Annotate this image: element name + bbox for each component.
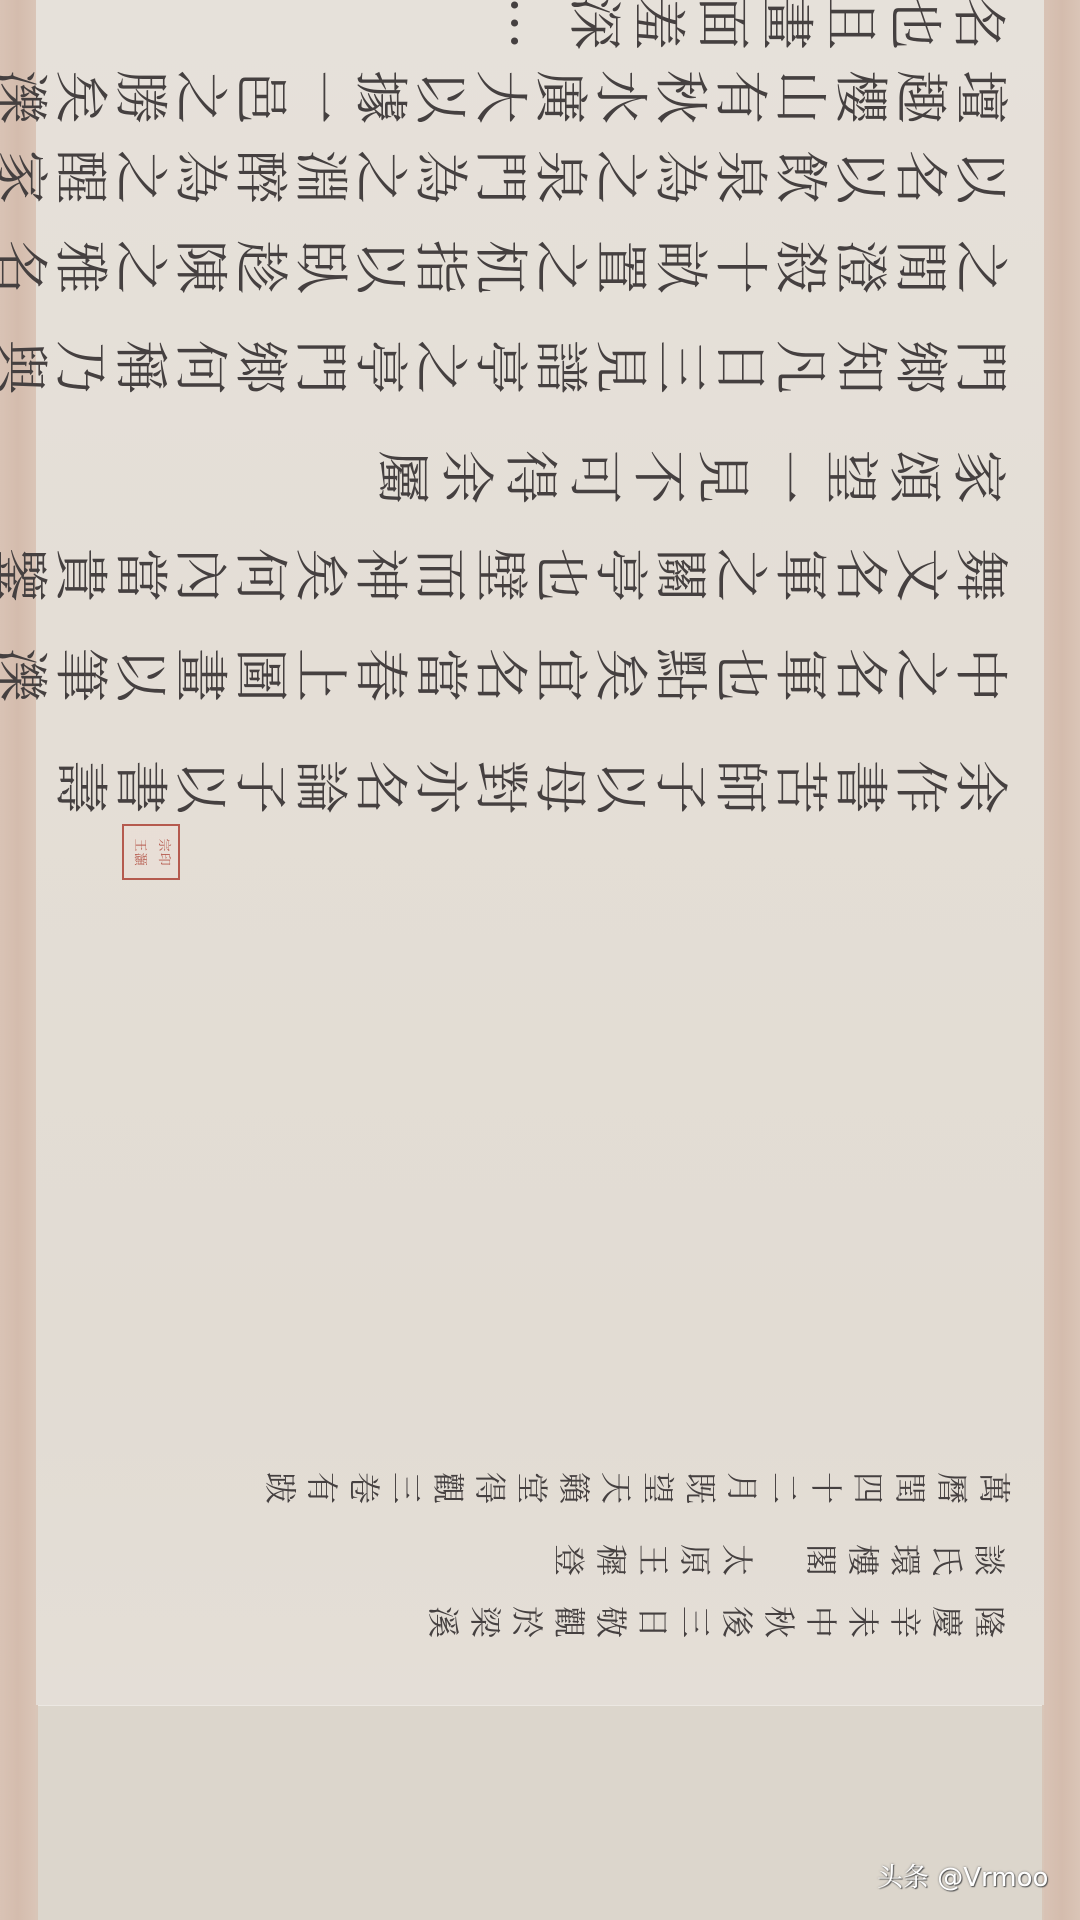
calligraphy-character: 辛 xyxy=(889,1605,921,1639)
calligraphy-character: 得 xyxy=(474,1471,506,1505)
calligraphy-character: 余 xyxy=(439,448,493,506)
calligraphy-character: 對 xyxy=(473,760,527,814)
calligraphy-character: 環 xyxy=(889,1543,921,1577)
calligraphy-character: 筆 xyxy=(53,648,107,702)
calligraphy-character: 於 xyxy=(511,1605,543,1639)
calligraphy-character: 知 xyxy=(833,340,887,394)
calligraphy-character: 登 xyxy=(553,1543,585,1577)
colophon-inscription: 談氏環樓閣 太原王穉登 xyxy=(420,1538,1010,1582)
calligraphy-character: 余 xyxy=(953,760,1007,814)
calligraphy-character: 以 xyxy=(833,150,887,204)
calligraphy-character: 勝 xyxy=(113,70,167,124)
calligraphy-character: 見 xyxy=(695,448,749,506)
calligraphy-character: … xyxy=(503,0,557,52)
calligraphy-character: 梁 xyxy=(469,1605,501,1639)
calligraphy-character: 二 xyxy=(768,1471,800,1505)
calligraphy-character: 臥 xyxy=(293,240,347,294)
calligraphy-character: 乃 xyxy=(53,340,107,394)
calligraphy-character: 之 xyxy=(713,548,767,602)
calligraphy-character: 日 xyxy=(637,1605,669,1639)
calligraphy-character: 門 xyxy=(293,340,347,394)
calligraphy-character: 以 xyxy=(113,648,167,702)
calligraphy-character: 畫 xyxy=(759,0,813,52)
calligraphy-line: 之閒澄殺十畝置之杌指以臥趁陳之雅名 xyxy=(60,232,1010,302)
calligraphy-character: 羞 xyxy=(631,0,685,52)
calligraphy-character: 畫 xyxy=(173,648,227,702)
calligraphy-character: 指 xyxy=(413,240,467,294)
calligraphy-character: 濼 xyxy=(0,648,47,702)
calligraphy-character: 鑒 xyxy=(0,548,47,602)
calligraphy-character: 王 xyxy=(637,1543,669,1577)
calligraphy-character: 見 xyxy=(593,340,647,394)
calligraphy-line: 門鄉知凡日三見譜亭之亭門鄉何稱乃與 xyxy=(60,332,1010,402)
calligraphy-character: 三 xyxy=(390,1471,422,1505)
calligraphy-character: 曆 xyxy=(936,1471,968,1505)
calligraphy-character: 當 xyxy=(113,548,167,602)
calligraphy-character: 閏 xyxy=(894,1471,926,1505)
scroll-mount-right xyxy=(1044,0,1080,1920)
calligraphy-character: 敬 xyxy=(595,1605,627,1639)
calligraphy-character: 以 xyxy=(353,240,407,294)
calligraphy-character: 日 xyxy=(713,340,767,394)
calligraphy-character: 為 xyxy=(653,150,707,204)
calligraphy-character: 穉 xyxy=(595,1543,627,1577)
calligraphy-character: 隆 xyxy=(973,1605,1005,1639)
calligraphy-character: 杌 xyxy=(473,240,527,294)
calligraphy-character: 原 xyxy=(679,1543,711,1577)
calligraphy-character: 月 xyxy=(726,1471,758,1505)
calligraphy-character: 名 xyxy=(951,0,1005,52)
calligraphy-character: 鄉 xyxy=(893,340,947,394)
seal-character: 灝 xyxy=(132,847,146,871)
calligraphy-character: 壁 xyxy=(473,548,527,602)
calligraphy-character: 泉 xyxy=(533,150,587,204)
calligraphy-character: 點 xyxy=(653,648,707,702)
calligraphy-character: 醒 xyxy=(53,150,107,204)
calligraphy-character: 有 xyxy=(306,1471,338,1505)
calligraphy-character: 十 xyxy=(713,240,767,294)
calligraphy-character: 之 xyxy=(953,240,1007,294)
calligraphy-character: 子 xyxy=(233,760,287,814)
calligraphy-character: 觀 xyxy=(432,1471,464,1505)
calligraphy-character: 跋 xyxy=(264,1471,296,1505)
calligraphy-character: 飲 xyxy=(773,150,827,204)
calligraphy-line: 家頌望一見不可得余屬 xyxy=(60,442,1010,512)
calligraphy-character: 濼 xyxy=(0,70,47,124)
colophon-inscription: 萬曆閏四十二月既望天籟堂得觀三卷有跋 xyxy=(80,1466,1015,1510)
calligraphy-character: 以 xyxy=(413,70,467,124)
calligraphy-character: 水 xyxy=(593,70,647,124)
calligraphy-character: 名 xyxy=(0,240,47,294)
calligraphy-character: 之 xyxy=(113,150,167,204)
calligraphy-character: 上 xyxy=(293,648,347,702)
calligraphy-character: 樓 xyxy=(847,1543,879,1577)
calligraphy-character: 中 xyxy=(953,648,1007,702)
calligraphy-line: 壇趣櫻山有秋水廣大以據一邑之勝矣濼山 xyxy=(60,62,1010,132)
calligraphy-character: 趣 xyxy=(893,70,947,124)
calligraphy-line: 中之名軍也點矣宜名當春上圖畫以筆濼淺此鼓 xyxy=(50,640,1010,710)
calligraphy-character: 家 xyxy=(0,150,47,204)
calligraphy-character: 一 xyxy=(293,70,347,124)
seal-character: 印 xyxy=(156,847,170,871)
calligraphy-character: 溪 xyxy=(427,1605,459,1639)
calligraphy-character: 慶 xyxy=(931,1605,963,1639)
calligraphy-character: 閒 xyxy=(893,240,947,294)
calligraphy-character: 名 xyxy=(833,648,887,702)
calligraphy-character: 家 xyxy=(951,448,1005,506)
calligraphy-character: 矣 xyxy=(293,548,347,602)
calligraphy-character: 為 xyxy=(413,150,467,204)
calligraphy-character: 矣 xyxy=(593,648,647,702)
calligraphy-character: 書 xyxy=(113,760,167,814)
calligraphy-character: 鄉 xyxy=(233,340,287,394)
calligraphy-line: 舞文名軍之關亭也壁而神矣何內當貴鑒 xyxy=(60,540,1010,610)
calligraphy-character: 秋 xyxy=(653,70,707,124)
calligraphy-character: 閣 xyxy=(805,1543,837,1577)
calligraphy-character: 亭 xyxy=(593,548,647,602)
calligraphy-character: 也 xyxy=(713,648,767,702)
calligraphy-character: 醉 xyxy=(233,150,287,204)
calligraphy-character: 之 xyxy=(113,240,167,294)
calligraphy-character: 四 xyxy=(852,1471,884,1505)
calligraphy-character: 壽 xyxy=(53,760,107,814)
calligraphy-character: 書 xyxy=(833,760,887,814)
calligraphy-character: 也 xyxy=(887,0,941,52)
calligraphy-character: 之 xyxy=(413,340,467,394)
calligraphy-character: 軍 xyxy=(773,548,827,602)
calligraphy-character: 春 xyxy=(353,648,407,702)
calligraphy-line: 名也且畫面羞深… xyxy=(60,0,1010,58)
calligraphy-character: 之 xyxy=(893,648,947,702)
calligraphy-character: 與 xyxy=(0,340,47,394)
calligraphy-character: 門 xyxy=(473,150,527,204)
calligraphy-character: 論 xyxy=(293,760,347,814)
calligraphy-character: 師 xyxy=(713,760,767,814)
calligraphy-character: 神 xyxy=(353,548,407,602)
calligraphy-character: 望 xyxy=(823,448,877,506)
calligraphy-character: 既 xyxy=(684,1471,716,1505)
calligraphy-character: 宜 xyxy=(533,648,587,702)
calligraphy-character: 雅 xyxy=(53,240,107,294)
calligraphy-character: 之 xyxy=(533,240,587,294)
calligraphy-character: 為 xyxy=(173,150,227,204)
calligraphy-character: 文 xyxy=(893,548,947,602)
calligraphy-character: 殺 xyxy=(773,240,827,294)
calligraphy-line: 余作書苦師子以母對亦名論子以書壽 xyxy=(50,752,1010,822)
red-seal-stamp: 王宗灝印 xyxy=(122,824,180,880)
calligraphy-character: 以 xyxy=(173,760,227,814)
calligraphy-character: 趁 xyxy=(233,240,287,294)
calligraphy-character: 門 xyxy=(953,340,1007,394)
calligraphy-character: 氏 xyxy=(931,1543,963,1577)
calligraphy-character: 屬 xyxy=(375,448,429,506)
calligraphy-character: 山 xyxy=(773,70,827,124)
calligraphy-character: 矣 xyxy=(53,70,107,124)
calligraphy-character: 泉 xyxy=(713,150,767,204)
calligraphy-character: 大 xyxy=(473,70,527,124)
calligraphy-character: 三 xyxy=(653,340,707,394)
calligraphy-character: 且 xyxy=(823,0,877,52)
calligraphy-character: 卷 xyxy=(348,1471,380,1505)
calligraphy-character: 以 xyxy=(593,760,647,814)
calligraphy-character: 凡 xyxy=(773,340,827,394)
calligraphy-character: 之 xyxy=(173,70,227,124)
calligraphy-character: 得 xyxy=(503,448,557,506)
calligraphy-character: 淵 xyxy=(293,150,347,204)
calligraphy-character: 不 xyxy=(631,448,685,506)
calligraphy-character: 壇 xyxy=(953,70,1007,124)
calligraphy-character: 軍 xyxy=(773,648,827,702)
calligraphy-character: 陳 xyxy=(173,240,227,294)
calligraphy-character: 天 xyxy=(600,1471,632,1505)
calligraphy-character: 三 xyxy=(679,1605,711,1639)
calligraphy-character: 望 xyxy=(642,1471,674,1505)
calligraphy-character: 以 xyxy=(953,150,1007,204)
calligraphy-character: 櫻 xyxy=(833,70,887,124)
calligraphy-character: 而 xyxy=(413,548,467,602)
calligraphy-character: 關 xyxy=(653,548,707,602)
calligraphy-character: 稱 xyxy=(113,340,167,394)
calligraphy-character: 堂 xyxy=(516,1471,548,1505)
calligraphy-character: 觀 xyxy=(553,1605,585,1639)
calligraphy-character: 邑 xyxy=(233,70,287,124)
calligraphy-character: 頌 xyxy=(887,448,941,506)
calligraphy-character: 之 xyxy=(353,150,407,204)
calligraphy-character: 後 xyxy=(721,1605,753,1639)
calligraphy-character: 何 xyxy=(233,548,287,602)
calligraphy-character: 廣 xyxy=(533,70,587,124)
calligraphy-character: 也 xyxy=(533,548,587,602)
calligraphy-character: 十 xyxy=(810,1471,842,1505)
calligraphy-character: 據 xyxy=(353,70,407,124)
watermark-text: 头条 @Vrmoo xyxy=(877,1857,1048,1894)
calligraphy-character: 苦 xyxy=(773,760,827,814)
calligraphy-character: 未 xyxy=(847,1605,879,1639)
calligraphy-character: 名 xyxy=(353,760,407,814)
calligraphy-character: 籟 xyxy=(558,1471,590,1505)
calligraphy-character: 中 xyxy=(805,1605,837,1639)
colophon-inscription: 隆慶辛未中秋後三日敬觀於梁溪 xyxy=(180,1600,1010,1644)
calligraphy-character: 有 xyxy=(713,70,767,124)
calligraphy-character: 名 xyxy=(833,548,887,602)
calligraphy-character: 名 xyxy=(893,150,947,204)
calligraphy-character: 當 xyxy=(413,648,467,702)
calligraphy-character: 內 xyxy=(173,548,227,602)
calligraphy-character: 之 xyxy=(593,150,647,204)
calligraphy-character: 母 xyxy=(533,760,587,814)
calligraphy-character: 子 xyxy=(653,760,707,814)
calligraphy-line: 以名以飲泉為之泉門為之淵醉為之醒家有 xyxy=(60,142,1010,212)
calligraphy-character: 談 xyxy=(973,1543,1005,1577)
calligraphy-character: 一 xyxy=(759,448,813,506)
calligraphy-character xyxy=(763,1543,795,1577)
calligraphy-character: 何 xyxy=(173,340,227,394)
calligraphy-character: 深 xyxy=(567,0,621,52)
calligraphy-character: 名 xyxy=(473,648,527,702)
calligraphy-character: 作 xyxy=(893,760,947,814)
calligraphy-character: 舞 xyxy=(953,548,1007,602)
calligraphy-character: 面 xyxy=(695,0,749,52)
calligraphy-character: 萬 xyxy=(978,1471,1010,1505)
calligraphy-character: 置 xyxy=(593,240,647,294)
calligraphy-character: 貴 xyxy=(53,548,107,602)
calligraphy-character: 亦 xyxy=(413,760,467,814)
calligraphy-character: 畝 xyxy=(653,240,707,294)
calligraphy-character: 太 xyxy=(721,1543,753,1577)
calligraphy-character: 澄 xyxy=(833,240,887,294)
calligraphy-character: 亭 xyxy=(473,340,527,394)
calligraphy-character: 可 xyxy=(567,448,621,506)
calligraphy-character: 亭 xyxy=(353,340,407,394)
calligraphy-character: 譜 xyxy=(533,340,587,394)
calligraphy-character: 秋 xyxy=(763,1605,795,1639)
calligraphy-character: 圖 xyxy=(233,648,287,702)
